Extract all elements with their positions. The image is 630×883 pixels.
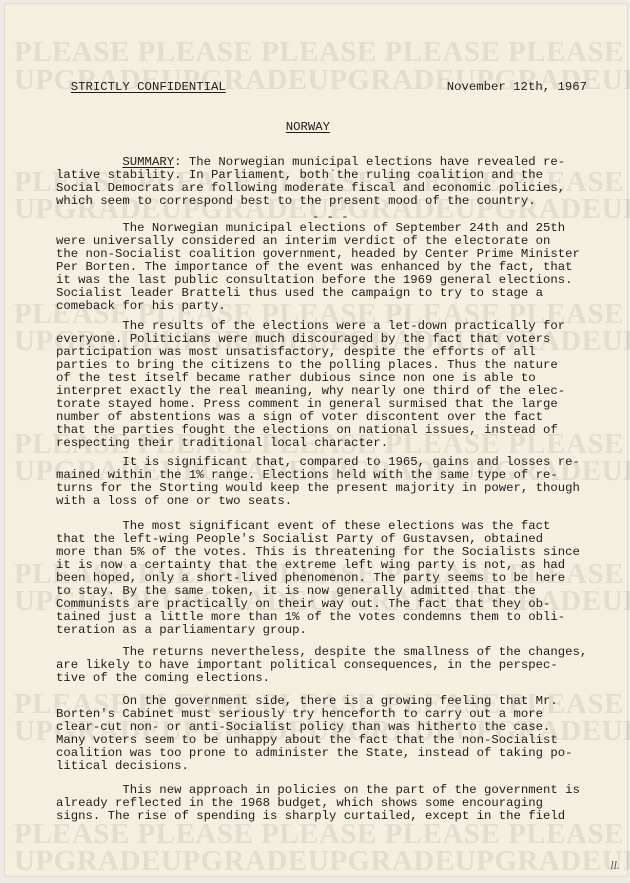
body-paragraph: It is significant that, compared to 1965… <box>56 456 580 508</box>
paragraph-line: respecting their traditional local chara… <box>56 437 565 450</box>
paragraph-line: comeback for his party. <box>56 300 580 313</box>
body-paragraph: On the government side, there is a growi… <box>56 695 573 773</box>
body-paragraph: The most significant event of these elec… <box>56 520 580 637</box>
body-paragraph: The Norwegian municipal elections of Sep… <box>56 222 580 313</box>
summary-line: : The Norwegian municipal elections have… <box>174 155 565 169</box>
summary-label: SUMMARY <box>122 155 174 169</box>
paragraph-line: tive of the coming elections. <box>56 672 587 685</box>
document-date: November 12th, 1967 <box>447 80 587 94</box>
body-paragraph: The returns nevertheless, despite the sm… <box>56 646 587 685</box>
body-paragraph: The results of the elections were a let-… <box>56 320 565 450</box>
paragraph-line: litical decisions. <box>56 760 573 773</box>
paragraph-line: with a loss of one or two seats. <box>56 495 580 508</box>
classification-label: STRICTLY CONFIDENTIAL <box>71 80 226 94</box>
body-paragraph: This new approach in policies on the par… <box>56 784 580 823</box>
page-folio-mark: ll. <box>610 858 620 873</box>
paragraph-line: teration as a parliamentary group. <box>56 624 580 637</box>
paragraph-line: signs. The rise of spending is sharply c… <box>56 810 580 823</box>
